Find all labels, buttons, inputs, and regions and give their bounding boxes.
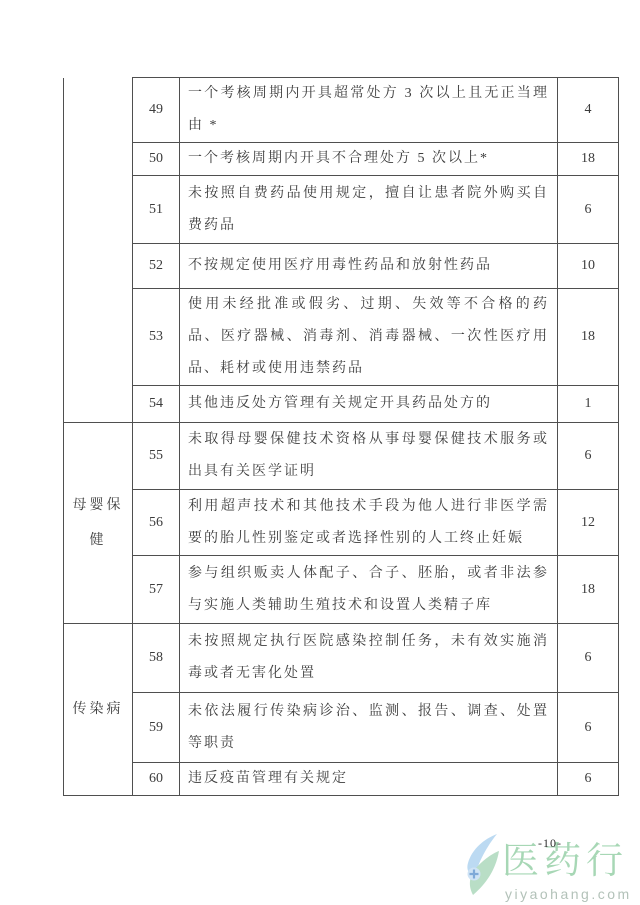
violation-desc-cell: 未按照规定执行医院感染控制任务，未有效实施消毒或者无害化处置 bbox=[180, 624, 558, 693]
row-number-cell: 58 bbox=[133, 624, 180, 693]
row-number-cell: 59 bbox=[133, 693, 180, 763]
violation-desc-cell: 不按规定使用医疗用毒性药品和放射性药品 bbox=[180, 244, 558, 289]
violation-desc-cell: 参与组织贩卖人体配子、合子、胚胎，或者非法参与实施人类辅助生殖技术和设置人类精子… bbox=[180, 556, 558, 624]
table-row: 60 违反疫苗管理有关规定 6 bbox=[64, 763, 619, 796]
row-number-cell: 55 bbox=[133, 423, 180, 490]
points-cell: 6 bbox=[558, 693, 619, 763]
violation-desc-cell: 未依法履行传染病诊治、监测、报告、调查、处置等职责 bbox=[180, 693, 558, 763]
watermark-brand-text: 医药行 bbox=[502, 842, 628, 880]
row-number-cell: 50 bbox=[133, 143, 180, 176]
table-row: 56 利用超声技术和其他技术手段为他人进行非医学需要的胎儿性别鉴定或者选择性别的… bbox=[64, 490, 619, 556]
table-row: 59 未依法履行传染病诊治、监测、报告、调查、处置等职责 6 bbox=[64, 693, 619, 763]
table-row: 52 不按规定使用医疗用毒性药品和放射性药品 10 bbox=[64, 244, 619, 289]
violation-desc-cell: 一个考核周期内开具不合理处方 5 次以上* bbox=[180, 143, 558, 176]
watermark-site-text: yiyaohang.com bbox=[505, 886, 632, 902]
points-cell: 6 bbox=[558, 176, 619, 244]
violation-desc-cell: 其他违反处方管理有关规定开具药品处方的 bbox=[180, 386, 558, 423]
points-cell: 6 bbox=[558, 624, 619, 693]
violation-desc-cell: 未按照自费药品使用规定，擅自让患者院外购买自费药品 bbox=[180, 176, 558, 244]
row-number-cell: 60 bbox=[133, 763, 180, 796]
category-cell-blank bbox=[64, 78, 133, 423]
category-cell-maternal-infant-care: 母婴保健 bbox=[64, 423, 133, 624]
page-number: -10- bbox=[538, 836, 562, 851]
row-number-cell: 51 bbox=[133, 176, 180, 244]
points-cell: 10 bbox=[558, 244, 619, 289]
points-cell: 12 bbox=[558, 490, 619, 556]
points-cell: 6 bbox=[558, 763, 619, 796]
table-row: 传染病 58 未按照规定执行医院感染控制任务，未有效实施消毒或者无害化处置 6 bbox=[64, 624, 619, 693]
table-row: 母婴保健 55 未取得母婴保健技术资格从事母婴保健技术服务或出具有关医学证明 6 bbox=[64, 423, 619, 490]
points-cell: 1 bbox=[558, 386, 619, 423]
row-number-cell: 57 bbox=[133, 556, 180, 624]
table-row: 53 使用未经批准或假劣、过期、失效等不合格的药品、医疗器械、消毒剂、消毒器械、… bbox=[64, 289, 619, 386]
table-row: 57 参与组织贩卖人体配子、合子、胚胎，或者非法参与实施人类辅助生殖技术和设置人… bbox=[64, 556, 619, 624]
row-number-cell: 54 bbox=[133, 386, 180, 423]
points-cell: 18 bbox=[558, 143, 619, 176]
points-cell: 18 bbox=[558, 289, 619, 386]
yiyaohang-logo-icon bbox=[461, 834, 501, 896]
violation-desc-cell: 一个考核周期内开具超常处方 3 次以上且无正当理由 * bbox=[180, 78, 558, 143]
violation-desc-cell: 未取得母婴保健技术资格从事母婴保健技术服务或出具有关医学证明 bbox=[180, 423, 558, 490]
document-page: { "page": { "number_label": "-10-", "bac… bbox=[0, 0, 640, 905]
table-row: 54 其他违反处方管理有关规定开具药品处方的 1 bbox=[64, 386, 619, 423]
violation-desc-cell: 利用超声技术和其他技术手段为他人进行非医学需要的胎儿性别鉴定或者选择性别的人工终… bbox=[180, 490, 558, 556]
row-number-cell: 53 bbox=[133, 289, 180, 386]
points-cell: 4 bbox=[558, 78, 619, 143]
category-cell-infectious-disease: 传染病 bbox=[64, 624, 133, 796]
violation-points-table: 49 一个考核周期内开具超常处方 3 次以上且无正当理由 * 4 50 一个考核… bbox=[63, 77, 619, 796]
violation-desc-cell: 违反疫苗管理有关规定 bbox=[180, 763, 558, 796]
points-cell: 18 bbox=[558, 556, 619, 624]
violation-desc-cell: 使用未经批准或假劣、过期、失效等不合格的药品、医疗器械、消毒剂、消毒器械、一次性… bbox=[180, 289, 558, 386]
row-number-cell: 56 bbox=[133, 490, 180, 556]
row-number-cell: 52 bbox=[133, 244, 180, 289]
table-row: 50 一个考核周期内开具不合理处方 5 次以上* 18 bbox=[64, 143, 619, 176]
table-row: 51 未按照自费药品使用规定，擅自让患者院外购买自费药品 6 bbox=[64, 176, 619, 244]
row-number-cell: 49 bbox=[133, 78, 180, 143]
points-cell: 6 bbox=[558, 423, 619, 490]
table-row: 49 一个考核周期内开具超常处方 3 次以上且无正当理由 * 4 bbox=[64, 78, 619, 143]
